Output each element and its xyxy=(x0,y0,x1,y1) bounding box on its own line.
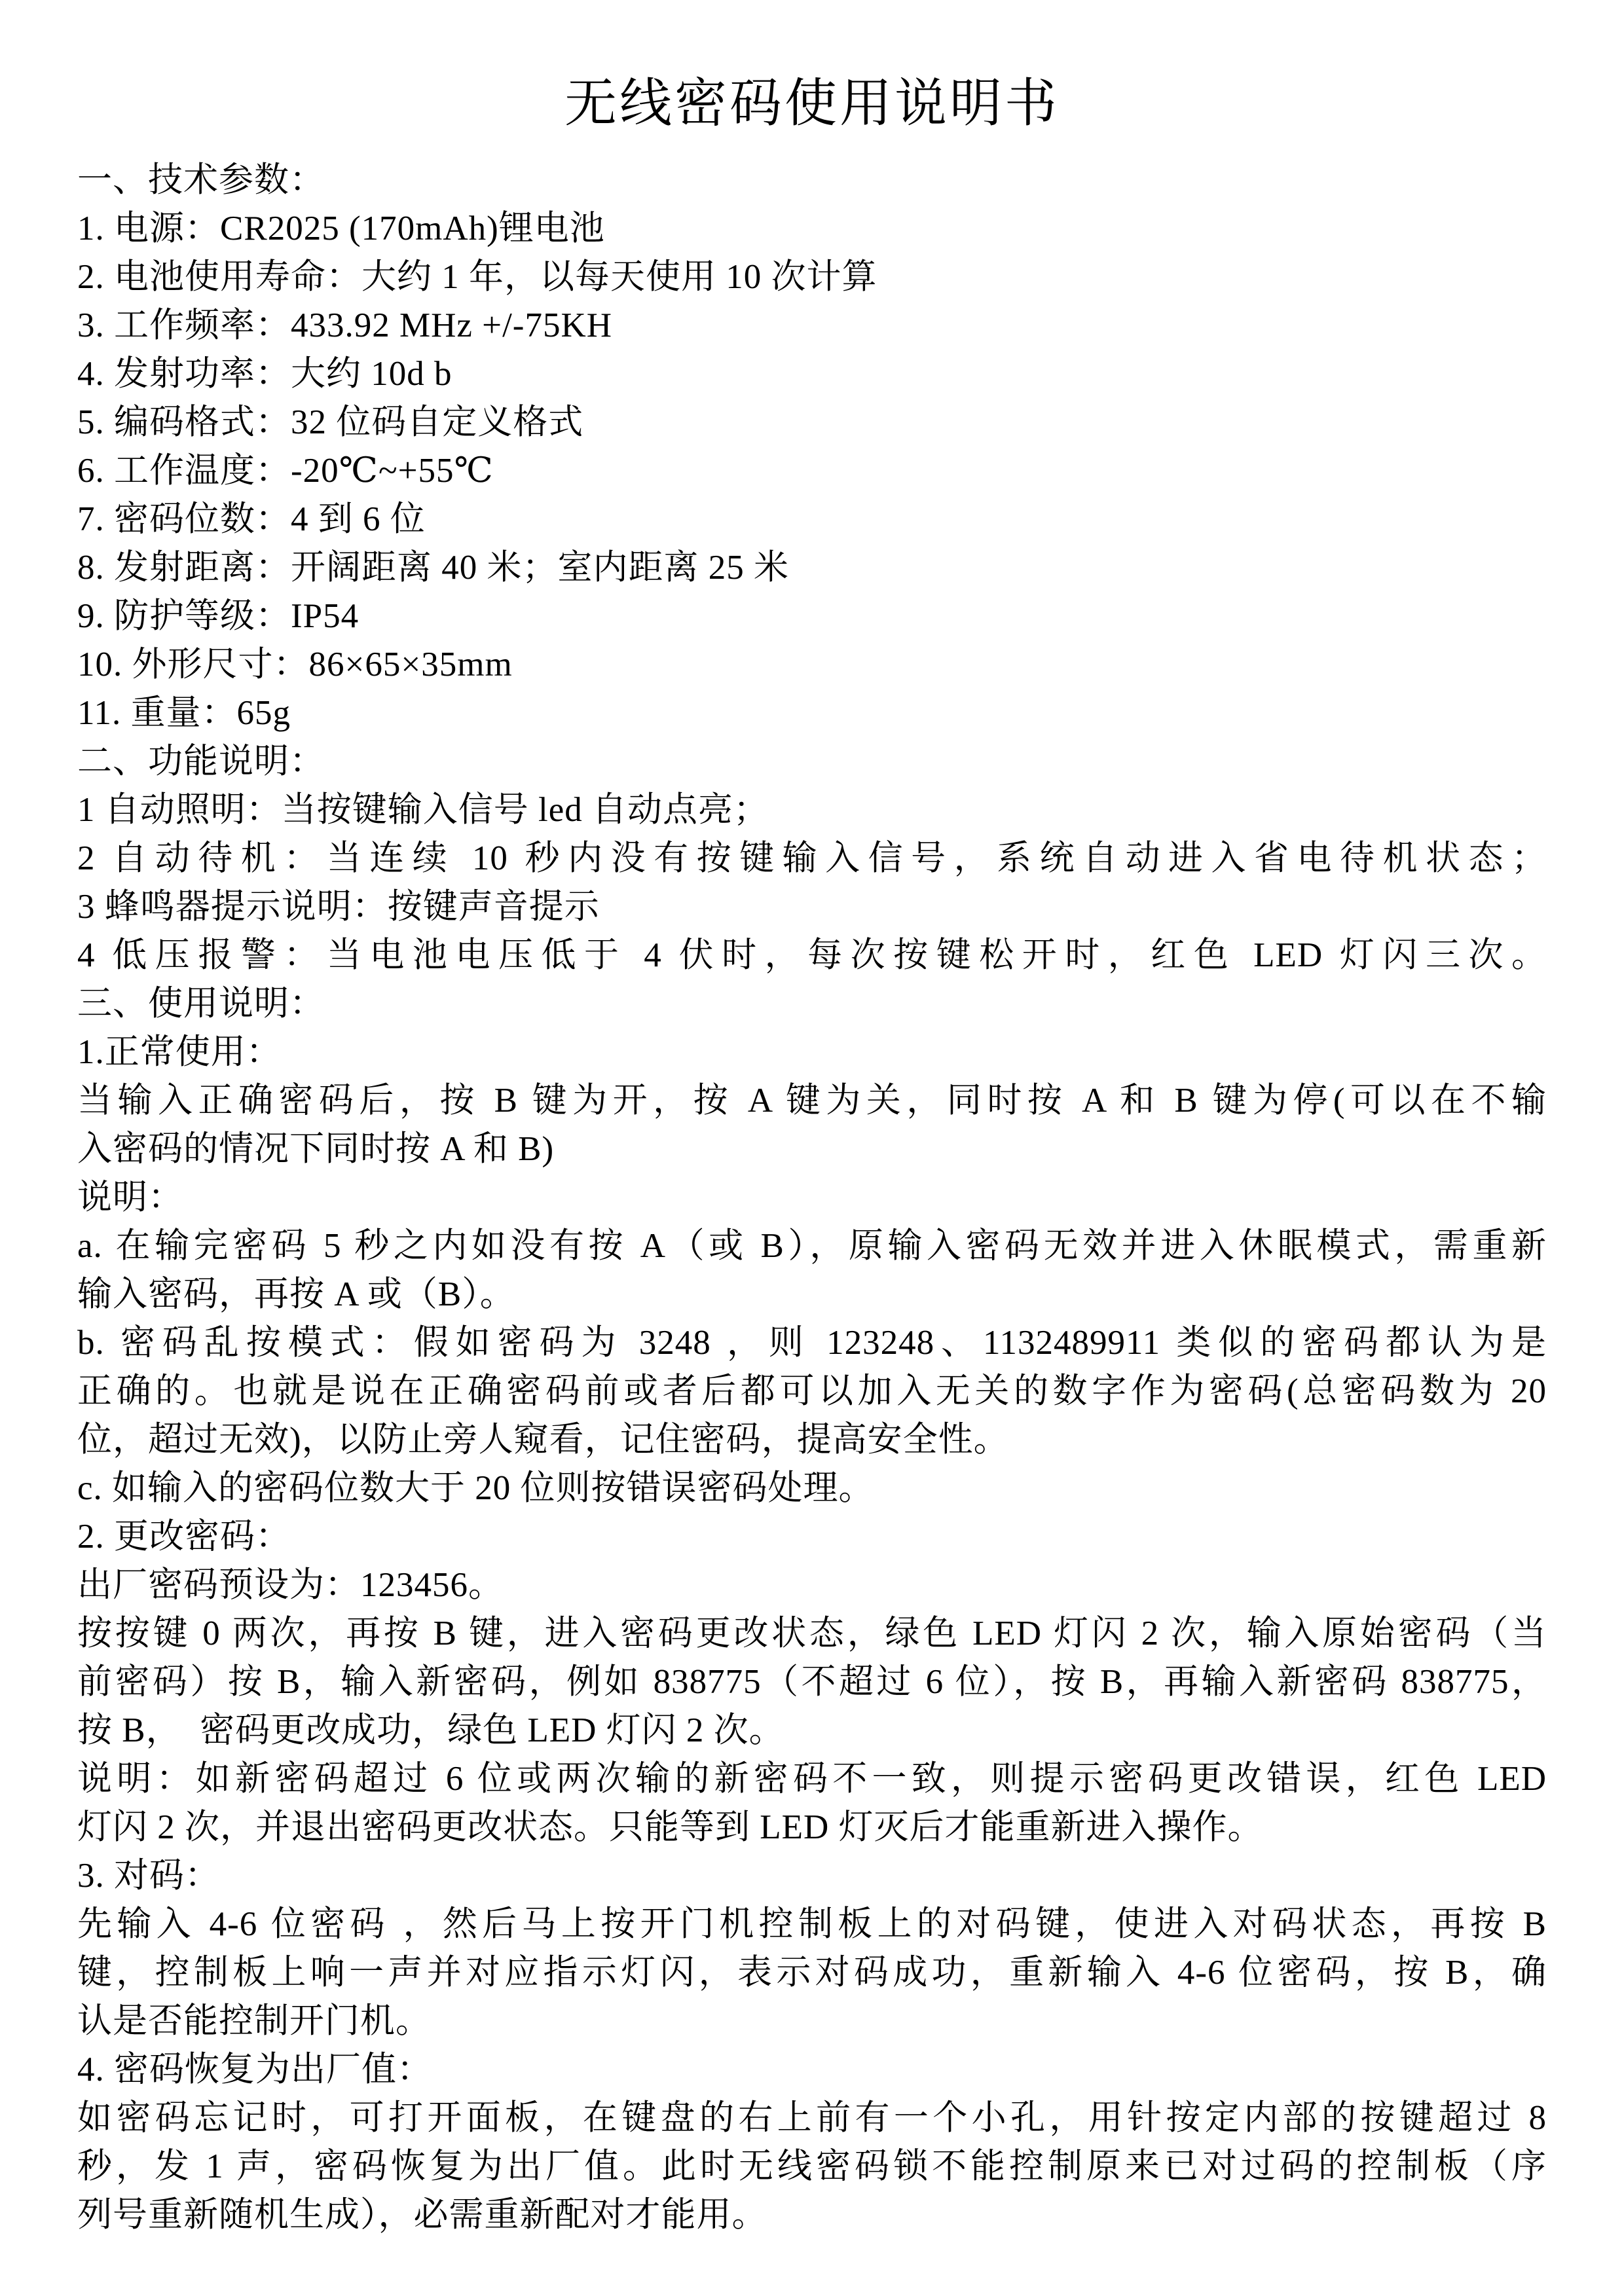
text-line: 先输入 4-6 位密码 ，然后马上按开门机控制板上的对码键，使进入对码状态，再按… xyxy=(77,1900,1547,1948)
text-line: 2. 电池使用寿命：大约 1 年，以每天使用 10 次计算 xyxy=(77,253,1547,301)
text-line: 9. 防护等级：IP54 xyxy=(77,592,1547,640)
section-heading-1: 一、技术参数： xyxy=(77,156,1547,204)
text-line: c. 如输入的密码位数大于 20 位则按错误密码处理。 xyxy=(77,1464,1547,1512)
text-line: 6. 工作温度：-20℃~+55℃ xyxy=(77,446,1547,495)
text-line: 灯闪 2 次，并退出密码更改状态。只能等到 LED 灯灭后才能重新进入操作。 xyxy=(77,1803,1547,1851)
text-line: 4. 密码恢复为出厂值： xyxy=(77,2045,1547,2094)
text-line: 入密码的情况下同时按 A 和 B) xyxy=(77,1125,1547,1173)
text-line: 输入密码，再按 A 或（B）。 xyxy=(77,1270,1547,1319)
document-page: 无线密码使用说明书 一、技术参数：1. 电源：CR2025 (170mAh)锂电… xyxy=(0,0,1624,2296)
text-line: 2 自动待机：当连续 10 秒内没有按键输入信号，系统自动进入省电待机状态； xyxy=(77,834,1547,883)
document-title: 无线密码使用说明书 xyxy=(77,71,1547,137)
text-line: 1 自动照明：当按键输入信号 led 自动点亮； xyxy=(77,786,1547,834)
text-line: 按按键 0 两次，再按 B 键，进入密码更改状态，绿色 LED 灯闪 2 次，输… xyxy=(77,1609,1547,1658)
text-line: 3. 对码： xyxy=(77,1851,1547,1900)
text-line: 前密码）按 B，输入新密码，例如 838775（不超过 6 位），按 B，再输入… xyxy=(77,1658,1547,1706)
document-body: 一、技术参数：1. 电源：CR2025 (170mAh)锂电池2. 电池使用寿命… xyxy=(77,156,1547,2239)
section-heading-3: 三、使用说明： xyxy=(77,979,1547,1028)
text-line: 11. 重量：65g xyxy=(77,689,1547,737)
text-line: 3. 工作频率：433.92 MHz +/-75KH xyxy=(77,301,1547,350)
text-line: 出厂密码预设为：123456。 xyxy=(77,1561,1547,1609)
text-line: 3 蜂鸣器提示说明：按键声音提示 xyxy=(77,883,1547,931)
text-line: b. 密码乱按模式：假如密码为 3248 ，则 123248、113248991… xyxy=(77,1319,1547,1367)
scanned-manual-page: { "page": { "background": "#ffffff", "te… xyxy=(0,0,1624,2296)
text-line: 当输入正确密码后，按 B 键为开，按 A 键为关，同时按 A 和 B 键为停(可… xyxy=(77,1076,1547,1125)
text-line: 4 低压报警：当电池电压低于 4 伏时，每次按键松开时，红色 LED 灯闪三次。 xyxy=(77,931,1547,979)
text-line: 按 B， 密码更改成功，绿色 LED 灯闪 2 次。 xyxy=(77,1706,1547,1755)
text-line: 5. 编码格式：32 位码自定义格式 xyxy=(77,398,1547,446)
text-line: 说明： xyxy=(77,1173,1547,1222)
text-line: 列号重新随机生成），必需重新配对才能用。 xyxy=(77,2191,1547,2239)
text-line: 1. 电源：CR2025 (170mAh)锂电池 xyxy=(77,204,1547,253)
text-line: 8. 发射距离：开阔距离 40 米；室内距离 25 米 xyxy=(77,543,1547,592)
section-heading-2: 二、功能说明： xyxy=(77,737,1547,786)
text-line: 如密码忘记时，可打开面板，在键盘的右上前有一个小孔，用针按定内部的按键超过 8 xyxy=(77,2094,1547,2142)
text-line: 10. 外形尺寸：86×65×35mm xyxy=(77,640,1547,689)
text-line: 正确的。也就是说在正确密码前或者后都可以加入无关的数字作为密码(总密码数为 20 xyxy=(77,1367,1547,1415)
text-line: 秒，发 1 声，密码恢复为出厂值。此时无线密码锁不能控制原来已对过码的控制板（序 xyxy=(77,2142,1547,2191)
text-line: 说明：如新密码超过 6 位或两次输的新密码不一致，则提示密码更改错误，红色 LE… xyxy=(77,1755,1547,1803)
text-line: 2. 更改密码： xyxy=(77,1512,1547,1561)
text-line: 认是否能控制开门机。 xyxy=(77,1997,1547,2045)
text-line: 位，超过无效)，以防止旁人窥看，记住密码，提高安全性。 xyxy=(77,1415,1547,1464)
text-line: 7. 密码位数：4 到 6 位 xyxy=(77,495,1547,543)
text-line: a. 在输完密码 5 秒之内如没有按 A（或 B），原输入密码无效并进入休眠模式… xyxy=(77,1222,1547,1270)
text-line: 1.正常使用： xyxy=(77,1028,1547,1076)
text-line: 键，控制板上响一声并对应指示灯闪，表示对码成功，重新输入 4-6 位密码，按 B… xyxy=(77,1948,1547,1997)
text-line: 4. 发射功率：大约 10d b xyxy=(77,350,1547,398)
